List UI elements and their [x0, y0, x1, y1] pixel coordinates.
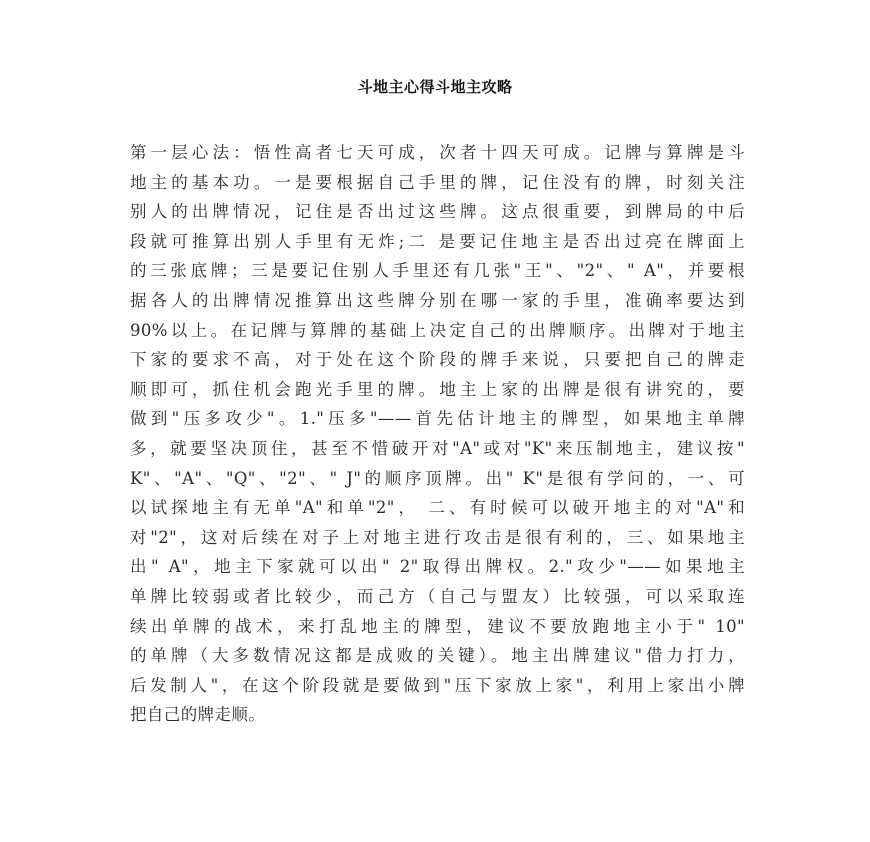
body-line: 的单牌（大多数情况这都是成败的关键）。地主出牌建议"借力打力， — [130, 641, 745, 671]
document-body: 第一层心法：悟性高者七天可成，次者十四天可成。记牌与算牌是斗 地主的基本功。一是… — [130, 138, 745, 730]
body-line: 段就可推算出别人手里有无炸;二 是要记住地主是否出过亮在牌面上 — [130, 227, 745, 257]
body-line: 单牌比较弱或者比较少，而己方（自己与盟友）比较强，可以采取连 — [130, 582, 745, 612]
body-line: 地主的基本功。一是要根据自己手里的牌，记住没有的牌，时刻关注 — [130, 168, 745, 198]
body-line: 第一层心法：悟性高者七天可成，次者十四天可成。记牌与算牌是斗 — [130, 138, 745, 168]
body-line: 出" A"，地主下家就可以出" 2"取得出牌权。2."攻少"——如果地主 — [130, 552, 745, 582]
body-line: 顺即可，抓住机会跑光手里的牌。地主上家的出牌是很有讲究的，要 — [130, 375, 745, 405]
body-line: 续出单牌的战术，来打乱地主的牌型，建议不要放跑地主小于" 10" — [130, 612, 745, 642]
body-line: 90%以上。在记牌与算牌的基础上决定自己的出牌顺序。出牌对于地主 — [130, 316, 745, 346]
body-line: 多，就要坚决顶住，甚至不惜破开对"A"或对"K"来压制地主，建议按" — [130, 434, 745, 464]
document-page: 斗地主心得斗地主攻略 第一层心法：悟性高者七天可成，次者十四天可成。记牌与算牌是… — [0, 0, 870, 842]
body-line: 对"2"，这对后续在对子上对地主进行攻击是很有利的，三、如果地主 — [130, 523, 745, 553]
body-line: 以试探地主有无单"A"和单"2"， 二、有时候可以破开地主的对"A"和 — [130, 493, 745, 523]
body-line: K"、"A"、"Q"、"2"、" J"的顺序顶牌。出" K"是很有学问的，一、可 — [130, 464, 745, 494]
body-line: 据各人的出牌情况推算出这些牌分别在哪一家的手里，准确率要达到 — [130, 286, 745, 316]
body-line: 别人的出牌情况，记住是否出过这些牌。这点很重要，到牌局的中后 — [130, 197, 745, 227]
body-line: 下家的要求不高，对于处在这个阶段的牌手来说，只要把自己的牌走 — [130, 345, 745, 375]
body-line: 后发制人"，在这个阶段就是要做到"压下家放上家"，利用上家出小牌 — [130, 671, 745, 701]
body-line: 的三张底牌；三是要记住别人手里还有几张"王"、"2"、" A"，并要根 — [130, 256, 745, 286]
document-title: 斗地主心得斗地主攻略 — [0, 76, 870, 97]
body-line: 做到"压多攻少"。1."压多"——首先估计地主的牌型，如果地主单牌 — [130, 404, 745, 434]
body-line-last: 把自己的牌走顺。 — [130, 700, 745, 730]
